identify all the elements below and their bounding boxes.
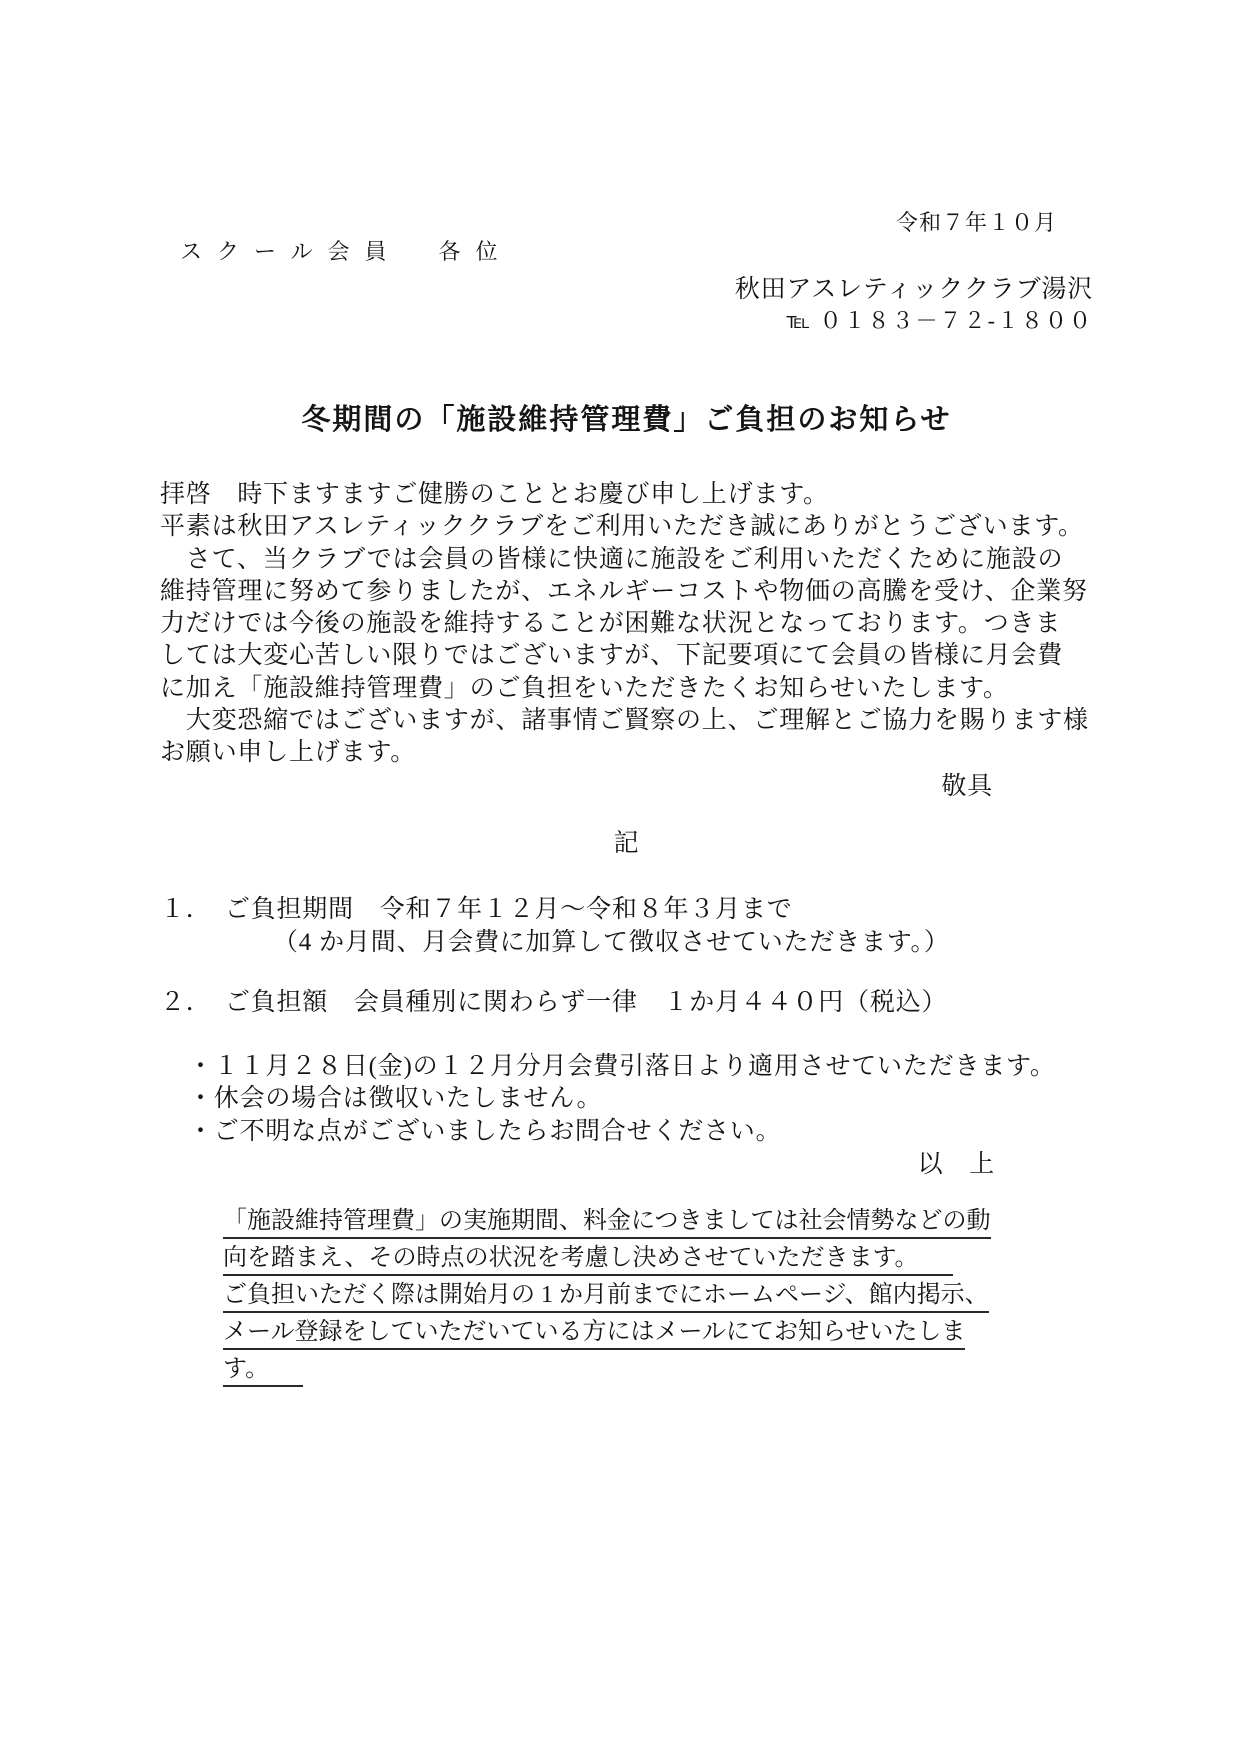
note-line: メール登録をしていただいている方にはメールにてお知らせいたしま	[223, 1318, 1003, 1350]
item-1: １． ご負担期間 令和７年１２月～令和８年３月まで （4 か月間、月会費に加算し…	[160, 893, 1093, 959]
body-line: さて、当クラブでは会員の皆様に快適に施設をご利用いただくために施設の	[160, 544, 1093, 576]
body-line: 拝啓 時下ますますご健勝のこととお慶び申し上げます。	[160, 479, 1093, 511]
body-line: 力だけでは今後の施設を維持することが困難な状況となっております。つきま	[160, 608, 1093, 640]
body-line: に加え「施設維持管理費」のご負担をいただきたくお知らせいたします。	[160, 673, 1093, 705]
date-line: 令和７年１０月	[160, 209, 1093, 237]
letter-page: 令和７年１０月 スクール会員 各位 秋田アスレティッククラブ湯沢 ℡ ０１８３－…	[0, 0, 1241, 1755]
bullet-list: ・１１月２８日(金)の１２月分月会費引落日より適用させていただきます。 ・休会の…	[188, 1051, 1093, 1149]
note-line: す。	[223, 1355, 1003, 1387]
item-1-line-2: （4 か月間、月会費に加算して徴収させていただきます。）	[160, 926, 1093, 959]
item-2-line-1: ２． ご負担額 会員種別に関わらず一律 １か月４４０円（税込）	[160, 986, 1093, 1019]
document-title: 冬期間の「施設維持管理費」ご負担のお知らせ	[160, 400, 1093, 440]
body-line: しては大変心苦しい限りではございますが、下記要項にて会員の皆様に月会費	[160, 640, 1093, 672]
body-line: 平素は秋田アスレティッククラブをご利用いただき誠にありがとうございます。	[160, 511, 1093, 543]
addressee-line: スクール会員 各位	[180, 237, 1093, 267]
body-line: お願い申し上げます。	[160, 737, 1093, 769]
closing-word: 敬具	[160, 770, 1093, 803]
item-2: ２． ご負担額 会員種別に関わらず一律 １か月４４０円（税込）	[160, 986, 1093, 1019]
body-line: 維持管理に努めて参りましたが、エネルギーコストや物価の高騰を受け、企業努	[160, 576, 1093, 608]
sender-name: 秋田アスレティッククラブ湯沢	[160, 274, 1093, 306]
letter-body: 拝啓 時下ますますご健勝のこととお慶び申し上げます。 平素は秋田アスレティックク…	[160, 479, 1093, 770]
supplementary-note: 「施設維持管理費」の実施期間、料金につきましては社会情勢などの動 向を踏まえ、そ…	[223, 1207, 1003, 1387]
end-mark: 以 上	[160, 1148, 1093, 1181]
note-line: 向を踏まえ、その時点の状況を考慮し決めさせていただきます。	[223, 1244, 1003, 1276]
bullet-item: ・ご不明な点がございましたらお問合せください。	[188, 1116, 1093, 1149]
record-heading: 記	[160, 827, 1093, 860]
body-line: 大変恐縮ではございますが、諸事情ご賢察の上、ご理解とご協力を賜ります様	[160, 705, 1093, 737]
bullet-item: ・休会の場合は徴収いたしません。	[188, 1083, 1093, 1116]
bullet-item: ・１１月２８日(金)の１２月分月会費引落日より適用させていただきます。	[188, 1051, 1093, 1084]
note-line: ご負担いただく際は開始月の 1 か月前までにホームページ、館内掲示、	[223, 1281, 1003, 1313]
note-line: 「施設維持管理費」の実施期間、料金につきましては社会情勢などの動	[223, 1207, 1003, 1239]
item-1-line-1: １． ご負担期間 令和７年１２月～令和８年３月まで	[160, 893, 1093, 926]
sender-phone: ℡ ０１８３－７２-１８００	[160, 306, 1093, 336]
